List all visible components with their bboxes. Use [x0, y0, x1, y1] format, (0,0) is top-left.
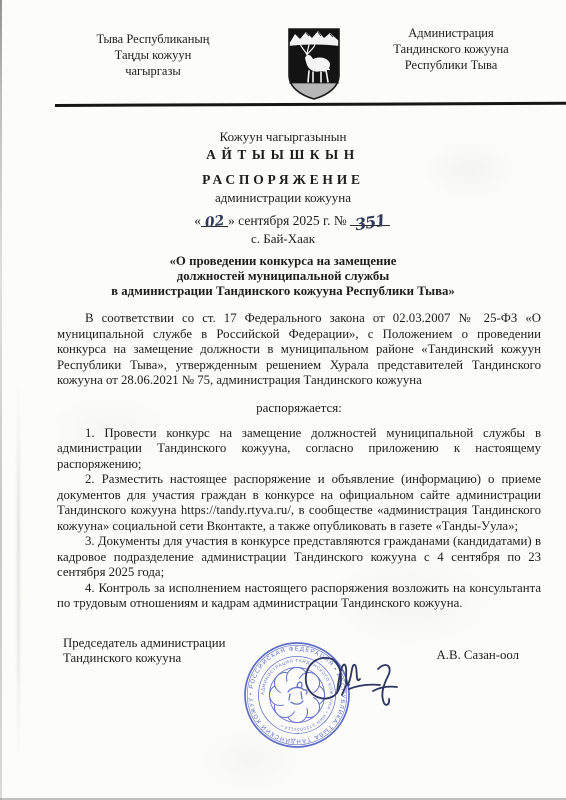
doc-type-russian: РАСПОРЯЖЕНИЕ	[0, 172, 566, 188]
coat-of-arms-icon	[287, 27, 341, 101]
order-item-4: 4. Контроль за исполнением настоящего ра…	[57, 581, 541, 612]
quote-open: «	[194, 213, 201, 228]
order-item-1: 1. Провести конкурс на замещение должнос…	[57, 426, 541, 473]
heading-line-tuvan: Кожуун чагыргазынын	[0, 129, 566, 144]
order-subject: «О проведении конкурса на замещение долж…	[0, 254, 566, 298]
scan-streak-artifact	[17, 380, 20, 760]
number-blank: 351	[350, 210, 390, 226]
date-middle-text: » сентября 2025 г. №	[228, 213, 347, 228]
signer-post: Председатель администрации Тандинского к…	[63, 636, 225, 666]
place-line: с. Бай-Хаак	[0, 231, 566, 247]
letterhead-divider	[55, 102, 566, 107]
handwritten-signature	[296, 650, 414, 720]
scanned-document-page: Тыва Республиканың Таңды кожуун чагыргаз…	[0, 0, 566, 800]
heading-line-russian: администрации кожууна	[0, 190, 566, 205]
date-and-number-line: «02» сентября 2025 г. №351	[0, 210, 566, 231]
order-body: В соответствии со ст. 17 Федерального за…	[57, 311, 541, 612]
resolves-line: распоряжается:	[57, 400, 541, 416]
day-blank: 02	[201, 211, 228, 227]
order-item-2: 2. Разместить настоящее распоряжение и о…	[57, 472, 541, 534]
signer-name: А.В. Сазан-оол	[437, 648, 519, 663]
scan-edge-artifact-left	[0, 0, 2, 800]
order-item-3: 3. Документы для участия в конкурсе пред…	[57, 534, 541, 581]
letterhead: Тыва Республиканың Таңды кожуун чагыргаз…	[0, 0, 566, 112]
org-name-russian: Администрация Тандинского кожууна Респуб…	[360, 25, 542, 73]
document-heading: Кожуун чагыргазынын АЙТЫЫШКЫН РАСПОРЯЖЕН…	[0, 129, 566, 205]
org-name-tuvan: Тыва Республиканың Таңды кожуун чагыргаз…	[60, 31, 246, 79]
intro-paragraph: В соответствии со ст. 17 Федерального за…	[57, 311, 541, 389]
doc-type-tuvan: АЙТЫЫШКЫН	[0, 147, 566, 163]
handwritten-day: 02	[203, 211, 225, 234]
